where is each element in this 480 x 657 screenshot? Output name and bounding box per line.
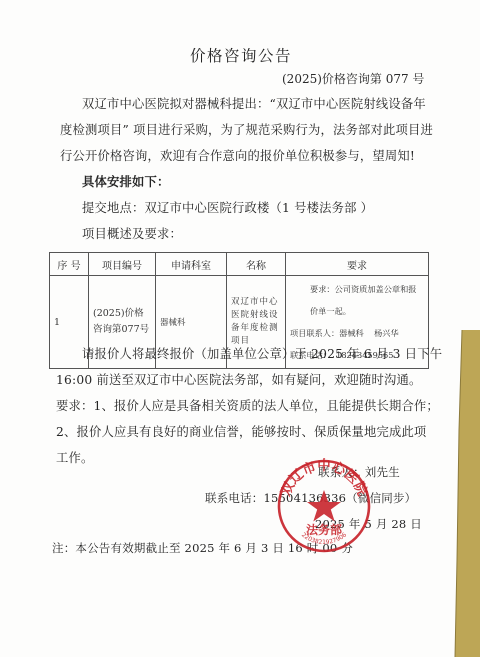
paper-edge-shadow xyxy=(450,0,480,657)
requirements-line-1: 要求：1、报价人应是具备相关资质的法人单位，且能提供长期合作； xyxy=(56,396,439,414)
requirements-line-2: 2、报价人应具有良好的商业信誉，能够按时、保质保量地完成此项 xyxy=(56,422,426,440)
arrangement-heading: 具体安排如下： xyxy=(82,172,169,190)
official-seal: 双辽市中心医院 法务部 2203821927906 xyxy=(276,458,372,554)
svg-text:法务部: 法务部 xyxy=(306,522,342,537)
requirements-line-3: 工作。 xyxy=(56,448,94,466)
deadline-line-1: 请报价人将最终报价（加盖单位公章）于 2025 年 6 月 3 日下午 xyxy=(82,344,442,362)
submit-location: 提交地点：双辽市中心医院行政楼（1 号楼法务部 ） xyxy=(82,198,373,216)
overview-heading: 项目概述及要求： xyxy=(82,224,182,242)
requirement-text: 要求：公司资质加盖公章和报价单一起。 xyxy=(290,278,424,322)
document-number: (2025)价格咨询第 077 号 xyxy=(282,70,424,87)
header-name: 名称 xyxy=(227,253,286,276)
header-dept: 申请科室 xyxy=(156,253,227,276)
intro-line-3: 行公开价格咨询，欢迎有合作意向的报价单位积极参与，望周知! xyxy=(60,146,415,164)
intro-line-1: 双辽市中心医院拟对器械科提出：“双辽市中心医院射线设备年 xyxy=(82,94,426,112)
intro-line-2: 度检测项目” 项目进行采购，为了规范采购行为，法务部对此项目进 xyxy=(60,120,433,138)
table-header-row: 序 号 项目编号 申请科室 名称 要求 xyxy=(50,253,429,276)
page-title: 价格咨询公告 xyxy=(190,44,292,66)
header-no: 序 号 xyxy=(50,253,89,276)
project-contact-person: 项目联系人：器械科 杨兴华 xyxy=(290,322,424,344)
deadline-line-2: 16:00 前送至双辽市中心医院法务部，如有疑问，欢迎随时沟通。 xyxy=(56,370,421,388)
header-requirement: 要求 xyxy=(286,253,429,276)
header-code: 项目编号 xyxy=(89,253,156,276)
